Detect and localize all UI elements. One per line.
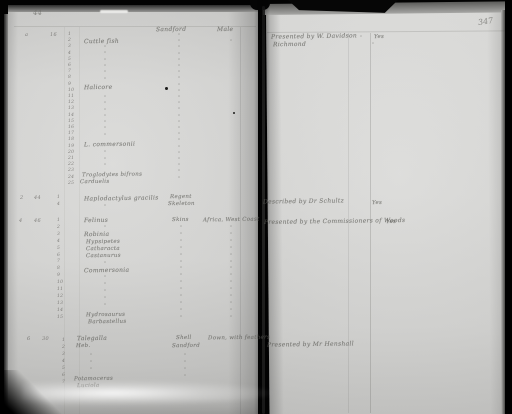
ink-blot [233,112,235,114]
ditto-mark: " [104,283,107,288]
ditto-mark: " [360,36,363,41]
handwritten-entry: Male [217,27,233,33]
handwritten-entry: Presented by W. Davidson [271,33,357,40]
handwritten-entry: Felinus [84,218,108,224]
row-number: 46 [34,219,41,224]
handwritten-entry: Presented by Mr Henshall [267,341,354,348]
ditto-mark: " [372,43,375,48]
row-number: 4 [62,360,65,365]
ditto-mark: " [230,281,233,286]
handwritten-entry: Described by Dr Schultz [263,198,344,205]
row-number: 13 [68,107,74,112]
handwritten-entry: L. commersonii [84,142,135,149]
ditto-mark: " [184,354,187,359]
ditto-mark: " [104,127,107,132]
ditto-mark: " [104,297,107,302]
handwritten-entry: Regent [170,195,192,201]
row-number: 3 [57,233,60,238]
ditto-mark: " [180,316,183,321]
ditto-mark: " [178,53,181,58]
row-number: 16 [68,126,74,131]
ditto-mark: " [180,240,183,245]
row-number: 2 [57,226,60,231]
handwritten-entry: Carduelis [80,180,110,186]
row-number: 23 [68,169,74,174]
ditto-mark: " [230,267,233,272]
handwritten-entry: Sandford [156,27,186,33]
ditto-mark: " [178,77,181,82]
handwritten-entry: Yes [372,201,382,207]
ditto-mark: " [230,295,233,300]
row-number: 11 [68,95,74,100]
ditto-mark: " [180,281,183,286]
ditto-mark: " [180,302,183,307]
ditto-mark: " [230,309,233,314]
ditto-mark: " [184,361,187,366]
ditto-mark: " [180,267,183,272]
row-number: 11 [57,288,63,293]
row-number: 6 [57,253,60,258]
row-number: 14 [68,114,74,119]
ditto-mark: " [104,290,107,295]
ditto-mark: " [230,260,233,265]
ditto-mark: " [178,108,181,113]
ditto-mark: " [184,368,187,373]
ditto-mark: " [230,274,233,279]
handwritten-entry: Haplodactylus gracilis [84,195,159,202]
ditto-mark: " [104,304,107,309]
handwritten-entry: Heb. [76,344,91,350]
row-number: a [25,33,28,38]
ditto-mark: " [230,288,233,293]
handwritten-entry: Shell [176,336,192,342]
row-number: 6 [27,337,31,342]
ditto-mark: " [178,170,181,175]
row-number: 24 [68,176,74,181]
row-number: 7 [57,260,60,265]
bottom-left-shadow [0,370,70,414]
handwritten-entry: Yes [386,220,396,226]
ditto-mark: " [230,247,233,252]
handwritten-entry: Down, with feathers [208,336,270,342]
ditto-mark: " [180,233,183,238]
ditto-mark: " [230,233,233,238]
row-number: 6 [68,64,71,69]
ditto-mark: " [104,52,107,57]
ditto-mark: " [104,134,107,139]
handwritten-entry: Troglodytes bifrons [82,173,142,179]
handwritten-entry: Yes [374,35,384,41]
row-number: 4 [19,219,23,224]
ditto-mark: " [230,254,233,259]
row-number: 2 [20,196,24,201]
row-number: 14 [57,309,63,314]
row-number: 4 [57,203,60,208]
handwritten-entry: Africa, West Coast [203,218,260,224]
ditto-mark: " [230,40,233,45]
ditto-mark: " [104,226,107,231]
ditto-mark: " [180,309,183,314]
ditto-mark: " [178,115,181,120]
handwriting-layer: a16SandfordMaleCuttle fishHalicoreL. com… [0,0,512,414]
handwritten-entry: Barbastellus [88,320,127,326]
row-number: 20 [68,151,74,156]
row-number: 9 [57,274,60,279]
handwritten-entry: Cuttle fish [84,39,119,45]
row-number: 4 [68,52,71,57]
row-number: 1 [57,196,60,201]
row-number: 3 [68,45,71,50]
handwritten-entry: Talegalla [77,336,107,342]
ditto-mark: " [90,368,93,373]
ditto-mark: " [180,260,183,265]
row-number: 21 [68,157,74,162]
handwritten-entry: Presented by the Commissioners of Woods [264,218,405,226]
row-number: 8 [68,76,71,81]
ditto-mark: " [230,302,233,307]
ditto-mark: " [178,139,181,144]
ledger-photo: 44 347 a16SandfordMaleCuttle fishHalicor… [0,0,512,414]
handwritten-entry: Castanurus [86,254,121,260]
row-number: 18 [68,138,74,143]
ditto-mark: " [180,295,183,300]
row-number: 15 [68,120,74,125]
row-number: 19 [68,145,74,150]
row-number: 4 [57,240,60,245]
ditto-mark: " [230,316,233,321]
ditto-mark: " [90,361,93,366]
row-number: 5 [57,247,60,252]
ditto-mark: " [104,205,107,210]
handwritten-entry: Commersonia [84,268,129,275]
ditto-mark: " [104,276,107,281]
ditto-mark: " [90,354,93,359]
handwritten-entry: Sandford [172,344,200,350]
handwritten-entry: Robinia [84,232,109,238]
row-number: 15 [57,316,63,321]
row-number: 2 [62,346,65,351]
row-number: 3 [62,353,65,358]
handwritten-entry: Halicore [84,85,113,91]
row-number: 9 [68,83,71,88]
row-number: 25 [68,182,74,187]
row-number: 16 [50,33,57,38]
row-number: 1 [62,339,65,344]
ditto-mark: " [180,226,183,231]
ditto-mark: " [180,274,183,279]
ditto-mark: " [184,375,187,380]
ditto-mark: " [178,146,181,151]
ditto-mark: " [104,262,107,267]
ditto-mark: " [104,164,107,169]
row-number: 10 [57,281,63,286]
handwritten-entry: Skeleton [168,202,195,208]
ditto-mark: " [178,46,181,51]
row-number: 10 [68,89,74,94]
ditto-mark: " [104,78,107,83]
row-number: 8 [57,267,60,272]
ditto-mark: " [104,102,107,107]
ditto-mark: " [104,151,107,156]
row-number: 1 [68,33,71,38]
ditto-mark: " [230,240,233,245]
ditto-mark: " [178,177,181,182]
row-number: 44 [34,196,41,201]
handwritten-entry: Skins [172,218,189,224]
ink-blot [165,87,168,90]
ditto-mark: " [180,288,183,293]
ditto-mark: " [180,254,183,259]
ditto-mark: " [180,247,183,252]
handwritten-entry: Richmond [273,42,306,48]
row-number: 1 [57,219,60,224]
ditto-mark: " [178,84,181,89]
row-number: 12 [57,295,63,300]
row-number: 13 [57,302,63,307]
row-number: 5 [68,58,71,63]
ditto-mark: " [230,226,233,231]
ditto-mark: " [104,71,107,76]
row-number: 30 [42,337,49,342]
